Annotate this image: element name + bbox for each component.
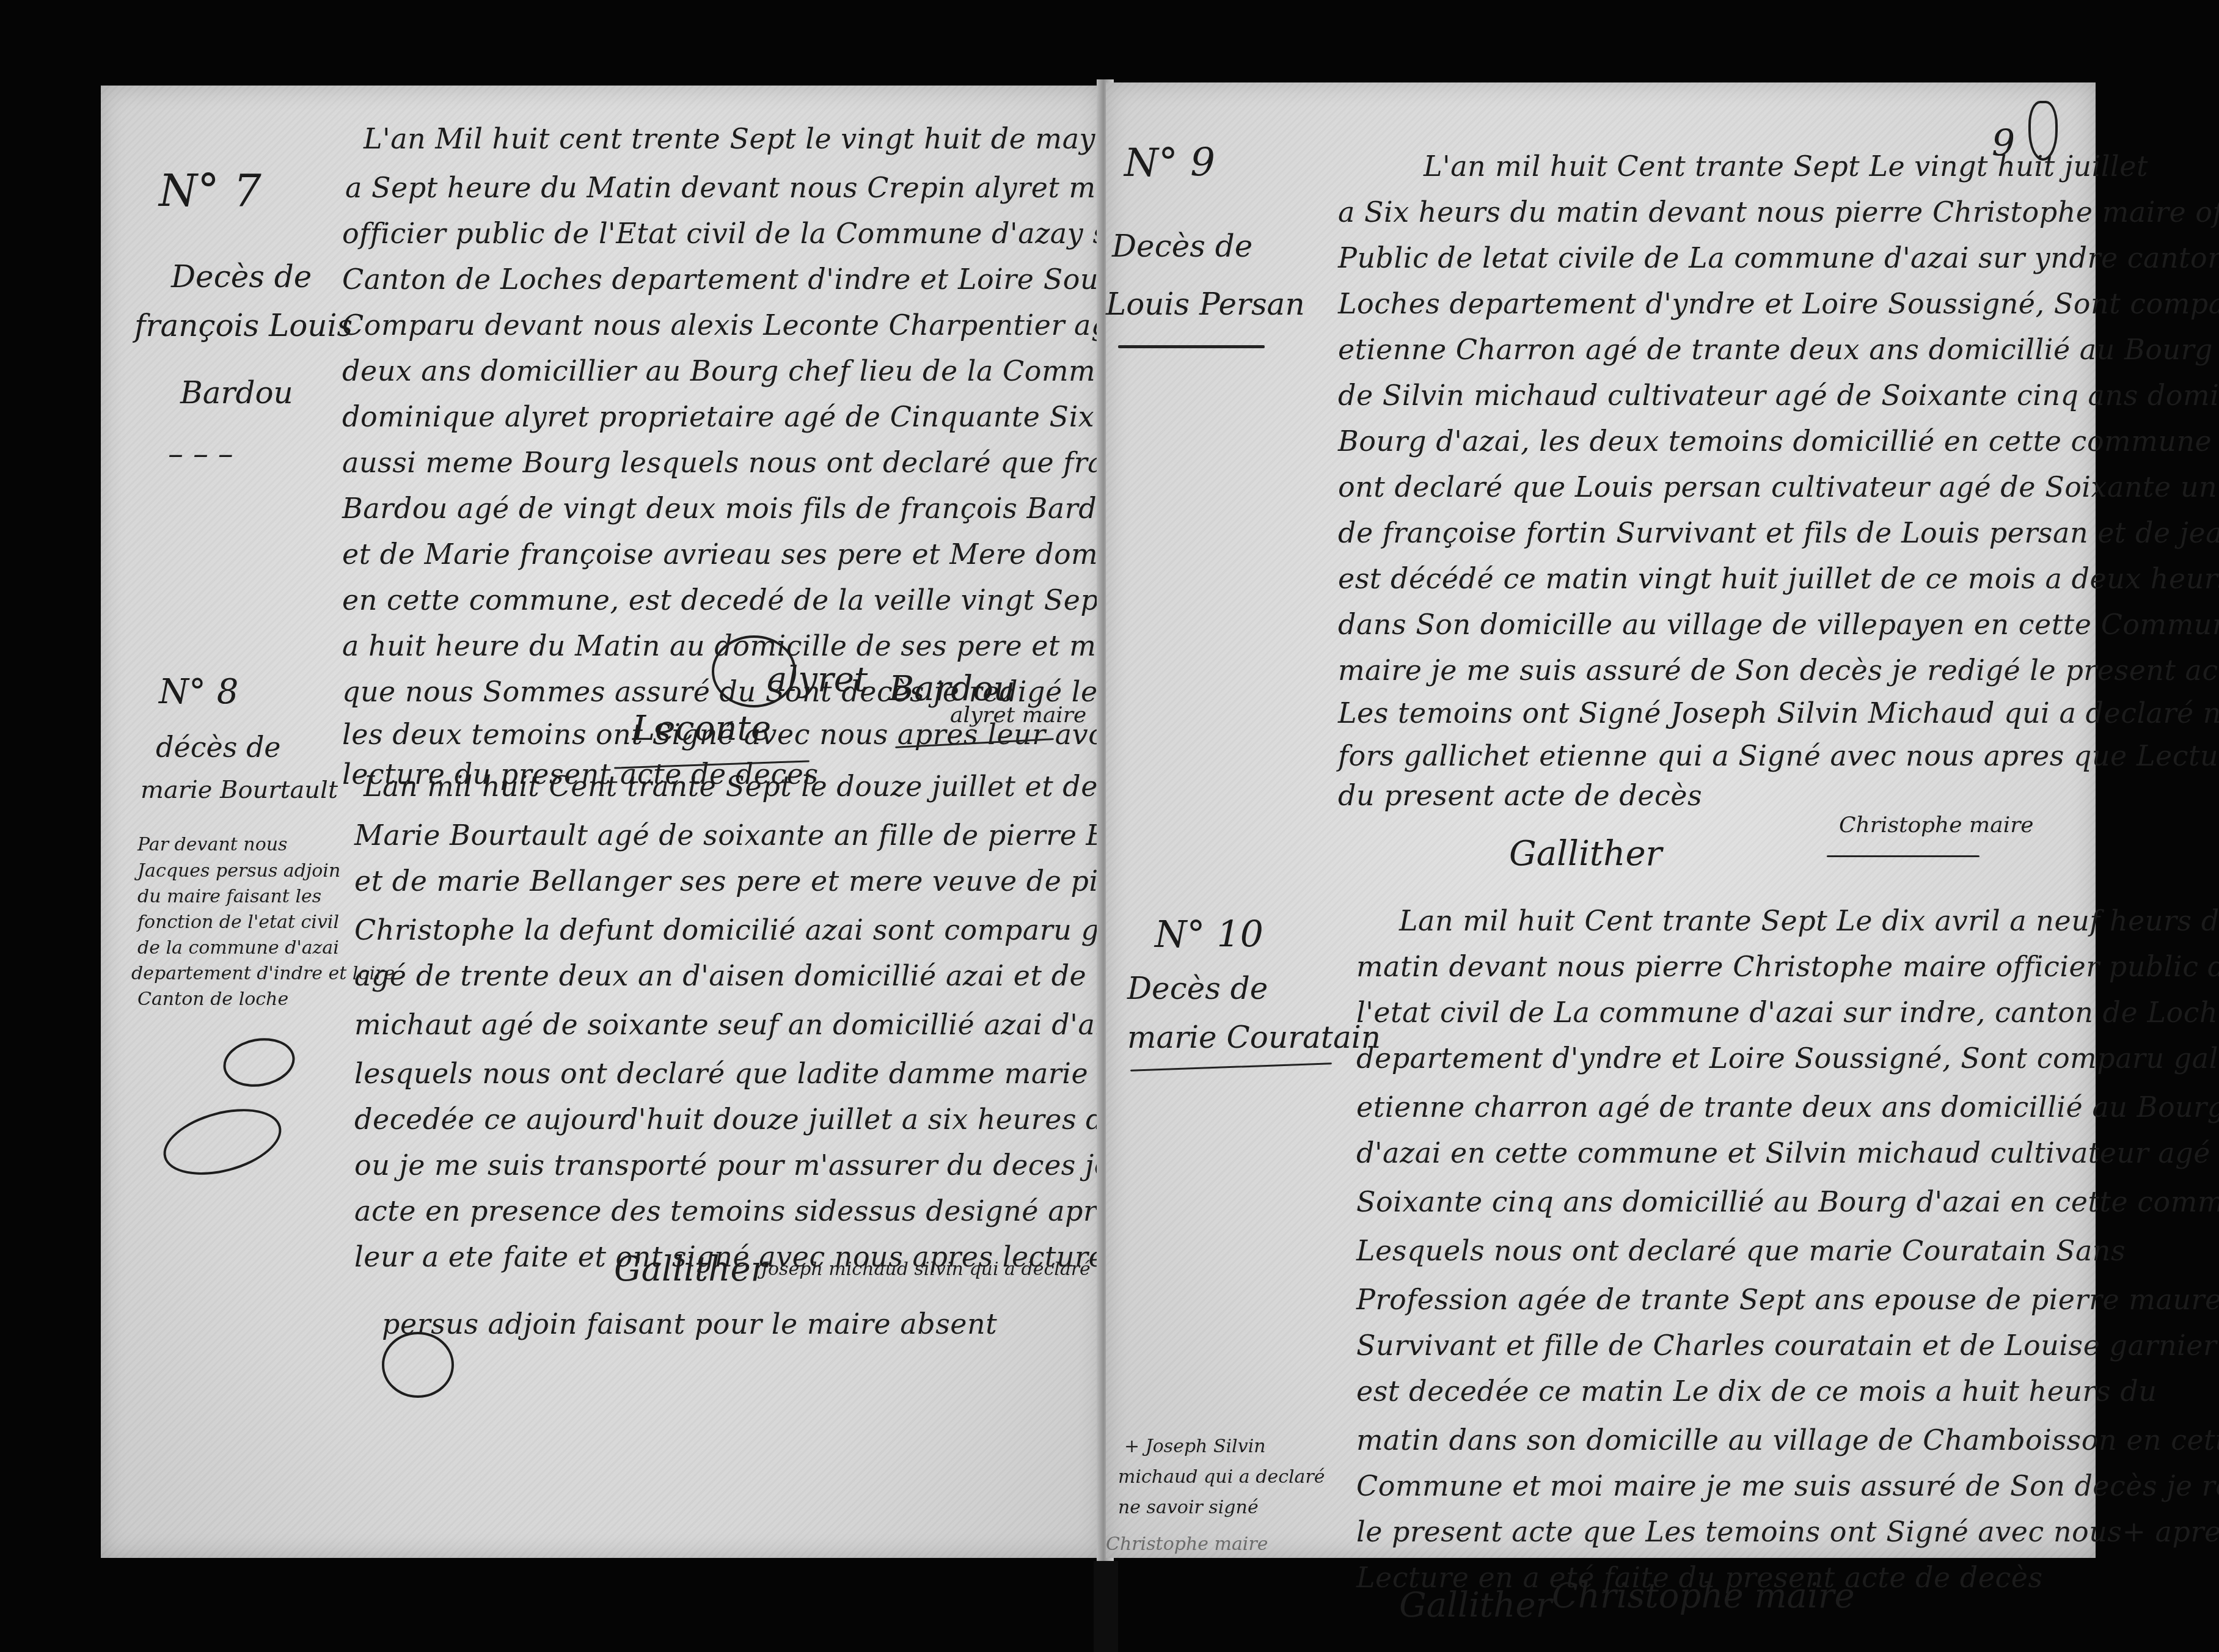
text-line: Commune et moi maire je me suis assuré d… xyxy=(1356,1469,2219,1502)
signature-gallither: Gallither xyxy=(1509,834,1662,874)
text-line: matin devant nous pierre Christophe mair… xyxy=(1356,950,2219,983)
title-underline xyxy=(1118,345,1265,348)
margin-note-line: de la commune d'azai xyxy=(137,937,339,959)
text-line: etienne Charron agé de trante deux ans d… xyxy=(1338,333,2219,366)
text-line: deux ans domicillier au Bourg chef lieu … xyxy=(342,354,1187,387)
text-line: les deux temoins ont Signé avec nous apr… xyxy=(342,718,1227,751)
text-line: agé de trente deux an d'aisen domicillié… xyxy=(354,959,1178,992)
margin-note-line: Canton de loche xyxy=(137,989,288,1010)
margin-title-line: Bardou xyxy=(180,367,293,419)
text-line: Profession agée de trante Sept ans epous… xyxy=(1356,1283,2219,1316)
signature-gallither: Gallither xyxy=(1399,1585,1552,1625)
text-line: departement d'yndre et Loire Soussigné, … xyxy=(1356,1042,2219,1075)
margin-title-line: marie Bourtault xyxy=(141,764,338,816)
text-line: Les temoins ont Signé Joseph Silvin Mich… xyxy=(1338,696,2219,729)
text-line: Lan mil huit Cent trante Sept Le dix avr… xyxy=(1399,904,2219,937)
text-line: Soixante cinq ans domicillié au Bourg d'… xyxy=(1356,1185,2219,1218)
text-line: a Sept heure du Matin devant nous Crepin… xyxy=(345,171,1153,204)
margin-title-line: françois Louis xyxy=(134,299,353,352)
text-line: matin dans son domicille au village de C… xyxy=(1356,1424,2219,1456)
text-line: Lan mil huit Cent trante Sept le douze j… xyxy=(364,770,1181,803)
text-line: dans Son domicille au village de villepa… xyxy=(1338,608,2219,641)
entry-number-8: N° 8 xyxy=(159,672,238,712)
signature-flourish xyxy=(712,635,796,707)
text-line: ont declaré que Louis persan cultivateur… xyxy=(1338,470,2219,503)
margin-title-line: Decès de xyxy=(1127,962,1268,1015)
text-line: fors gallichet etienne qui a Signé avec … xyxy=(1338,739,2219,772)
margin-title-line: marie Couratain xyxy=(1127,1011,1381,1064)
signature-christophe-maire: Christophe maire xyxy=(1839,813,2034,838)
text-line: d'azai en cette commune et Silvin michau… xyxy=(1356,1136,2219,1169)
text-line: du present acte de decès xyxy=(1338,779,1702,812)
margin-title-line: Decès de xyxy=(171,250,312,303)
text-line: etienne charron agé de trante deux ans d… xyxy=(1356,1091,2219,1124)
text-line: Lesquels nous ont declaré que marie Cour… xyxy=(1356,1234,2126,1267)
signature-christophe-maire: Christophe maire xyxy=(1552,1576,1855,1616)
right-page: 9 N° 9 Decès de Louis Persan L'an mil hu… xyxy=(1106,82,2096,1558)
paraph-flourish xyxy=(219,1032,299,1092)
margin-note-line: + Joseph Silvin xyxy=(1124,1436,1266,1457)
text-line: de Silvin michaud cultivateur agé de Soi… xyxy=(1338,379,2219,412)
left-page: N° 7 Decès de françois Louis Bardou – – … xyxy=(101,86,1103,1558)
margin-note-line: Par devant nous xyxy=(137,834,287,855)
signature-underline xyxy=(1827,855,1980,857)
text-line: maire je me suis assuré de Son decès je … xyxy=(1338,654,2219,687)
text-line: Survivant et fille de Charles couratain … xyxy=(1356,1329,2217,1362)
text-line: L'an Mil huit cent trente Sept le vingt … xyxy=(364,122,1095,155)
margin-title-line: Decès de xyxy=(1112,220,1252,272)
spine-tab xyxy=(1094,1561,1118,1652)
margin-note-line: ne savoir signé xyxy=(1118,1497,1259,1518)
margin-note-line: michaud qui a declaré xyxy=(1118,1466,1325,1488)
text-line: le present acte que Les temoins ont Sign… xyxy=(1356,1515,2219,1548)
text-line: Public de letat civile de La commune d'a… xyxy=(1338,241,2219,274)
signature-flourish xyxy=(382,1332,454,1398)
margin-note-line: du maire faisant les xyxy=(137,886,321,907)
text-line: a Six heurs du matin devant nous pierre … xyxy=(1338,196,2219,228)
paraph-flourish xyxy=(156,1097,289,1186)
signature-leconte: Leconte xyxy=(632,709,771,748)
text-line: est décédé ce matin vingt huit juillet d… xyxy=(1338,562,2219,595)
margin-title-line: – – – xyxy=(168,428,233,480)
margin-title-line: Louis Persan xyxy=(1106,278,1305,331)
text-line: officier public de l'Etat civil de la Co… xyxy=(342,217,1226,250)
entry-number-7: N° 7 xyxy=(159,165,261,216)
text-line: est decedée ce matin Le dix de ce mois a… xyxy=(1356,1375,2157,1408)
entry-number-10: N° 10 xyxy=(1155,913,1263,956)
margin-note-signature: Christophe maire xyxy=(1106,1533,1268,1555)
text-line: Bourg d'azai, les deux temoins domicilli… xyxy=(1338,425,2219,458)
entry-number-9: N° 9 xyxy=(1124,141,1215,186)
text-line: et de marie Bellanger ses pere et mere v… xyxy=(354,864,1160,897)
text-line: de françoise fortin Survivant et fils de… xyxy=(1338,516,2219,549)
margin-note-line: fonction de l'etat civil xyxy=(137,912,339,933)
text-line: L'an mil huit Cent trante Sept Le vingt … xyxy=(1424,150,2148,183)
signature-alyret-maire: alyret maire xyxy=(950,703,1086,728)
text-line: Loches departement d'yndre et Loire Sous… xyxy=(1338,287,2219,320)
signature-gallither: Gallither xyxy=(614,1249,767,1289)
title-underline xyxy=(1130,1062,1332,1072)
signature-persus: persus adjoin faisant pour le maire abse… xyxy=(382,1307,997,1340)
text-line: l'etat civil de La commune d'azai sur in… xyxy=(1356,996,2219,1029)
margin-note-line: Jacques persus adjoin xyxy=(137,860,340,882)
